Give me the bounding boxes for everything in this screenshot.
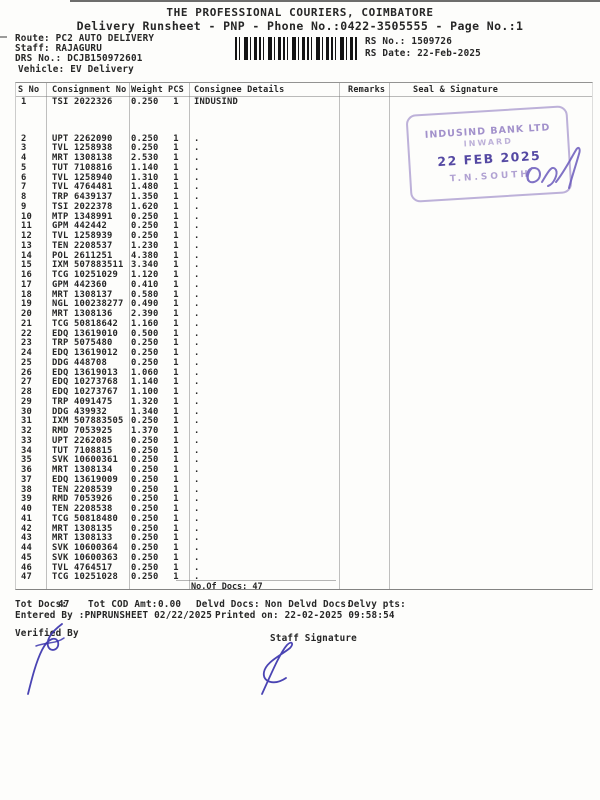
cell-sno: 12	[16, 231, 46, 241]
cell-weight: 1.320	[129, 397, 163, 407]
printed-on: Printed on: 22-02-2025 09:58:54	[215, 610, 395, 621]
cell-consignee: .	[189, 290, 339, 300]
cell-sno: 20	[16, 309, 46, 319]
cell-sno: 26	[16, 368, 46, 378]
cell-weight: 0.250	[129, 504, 163, 514]
cell-weight: 1.060	[129, 368, 163, 378]
cell-pcs: 1	[163, 514, 189, 524]
cell-sno: 19	[16, 299, 46, 309]
cell-sno: 7	[16, 182, 46, 192]
cell-sno: 10	[16, 212, 46, 222]
cell-sno: 17	[16, 280, 46, 290]
cell-consignee: .	[189, 143, 339, 153]
cell-consignee: .	[189, 358, 339, 368]
cell-sno: 35	[16, 455, 46, 465]
cell-weight: 1.100	[129, 387, 163, 397]
cell-pcs: 1	[163, 97, 189, 107]
table-row: 32 RMD 7053925 1.370 1 .	[16, 426, 592, 436]
cell-consignee: .	[189, 309, 339, 319]
cell-weight: 0.250	[129, 455, 163, 465]
cell-weight: 0.250	[129, 416, 163, 426]
cell-pcs: 1	[163, 348, 189, 358]
cell-consignee: .	[189, 329, 339, 339]
cell-consignment: RMD 7053925	[46, 426, 129, 436]
table-row: 45 SVK 10600363 0.250 1 .	[16, 553, 592, 563]
cell-weight: 1.350	[129, 192, 163, 202]
cell-sno: 2	[16, 134, 46, 144]
cell-pcs: 1	[163, 387, 189, 397]
cell-consignment: EDQ 13619013	[46, 368, 129, 378]
cell-weight: 0.250	[129, 533, 163, 543]
cell-consignee: .	[189, 338, 339, 348]
cell-sno: 9	[16, 202, 46, 212]
cell-sno: 42	[16, 524, 46, 534]
cell-sno: 33	[16, 436, 46, 446]
cell-consignment: EDQ 13619009	[46, 475, 129, 485]
cell-consignment: TVL 4764481	[46, 182, 129, 192]
cell-consignment: IXM 507883511	[46, 260, 129, 270]
runsheet-subtitle: Delivery Runsheet - PNP - Phone No.:0422…	[0, 19, 600, 33]
cell-consignee: .	[189, 524, 339, 534]
cell-pcs: 1	[163, 231, 189, 241]
cell-pcs: 1	[163, 543, 189, 553]
cell-consignment: TRP 5075480	[46, 338, 129, 348]
cell-consignment: DDG 448708	[46, 358, 129, 368]
table-row: 36 MRT 1308134 0.250 1 .	[16, 465, 592, 475]
cell-consignee: .	[189, 260, 339, 270]
cell-consignment: TRP 6439137	[46, 192, 129, 202]
cell-consignment: MRT 1308134	[46, 465, 129, 475]
cell-sno: 8	[16, 192, 46, 202]
cell-weight: 0.250	[129, 446, 163, 456]
cell-sno: 37	[16, 475, 46, 485]
cell-consignee: .	[189, 436, 339, 446]
cell-pcs: 1	[163, 192, 189, 202]
header-weight: Weight	[129, 85, 163, 95]
table-row: 34 TUT 7108815 0.250 1 .	[16, 446, 592, 456]
company-title: THE PROFESSIONAL COURIERS, COIMBATORE	[0, 6, 600, 19]
cell-sno: 39	[16, 494, 46, 504]
cell-sno: 25	[16, 358, 46, 368]
table-row: 29 TRP 4091475 1.320 1 .	[16, 397, 592, 407]
cell-weight: 1.340	[129, 407, 163, 417]
cell-pcs: 1	[163, 173, 189, 183]
cell-consignee: .	[189, 270, 339, 280]
verified-by-signature	[18, 620, 88, 698]
drs-no-field: DRS No.: DCJB150972601	[15, 53, 143, 64]
cell-weight: 0.580	[129, 290, 163, 300]
cell-weight: 1.230	[129, 241, 163, 251]
rs-date-value: 22-Feb-2025	[417, 48, 481, 59]
cell-consignment: TSI 2022326	[46, 97, 129, 107]
cell-sno: 34	[16, 446, 46, 456]
table-column-divider	[189, 83, 190, 589]
cell-pcs: 1	[163, 416, 189, 426]
table-row: 24 EDQ 13619012 0.250 1 .	[16, 348, 592, 358]
table-row: 22 EDQ 13619010 0.500 1 .	[16, 329, 592, 339]
cell-weight: 1.140	[129, 377, 163, 387]
cell-consignee: .	[189, 475, 339, 485]
header-consignment: Consignment No	[46, 85, 129, 95]
table-row: 20 MRT 1308136 2.390 1 .	[16, 309, 592, 319]
header-seal: Seal & Signature	[389, 85, 592, 95]
cell-sno: 43	[16, 533, 46, 543]
table-row: 26 EDQ 13619013 1.060 1 .	[16, 368, 592, 378]
cell-consignment: NGL 100238277	[46, 299, 129, 309]
cell-pcs: 1	[163, 524, 189, 534]
cell-consignment: TEN 2208539	[46, 485, 129, 495]
cell-sno: 40	[16, 504, 46, 514]
cell-consignee: .	[189, 387, 339, 397]
cell-consignment: TVL 1258938	[46, 143, 129, 153]
cell-sno: 14	[16, 251, 46, 261]
cell-sno: 3	[16, 143, 46, 153]
vehicle-label: Vehicle:	[18, 64, 64, 75]
cell-weight: 1.140	[129, 163, 163, 173]
cell-consignment: EDQ 13619010	[46, 329, 129, 339]
cell-consignee: .	[189, 280, 339, 290]
scan-edge-artifact	[70, 0, 600, 2]
table-row: 13 TEN 2208537 1.230 1 .	[16, 241, 592, 251]
cell-weight: 3.340	[129, 260, 163, 270]
cell-consignee: .	[189, 134, 339, 144]
table-column-divider	[389, 83, 390, 589]
cell-sno: 38	[16, 485, 46, 495]
cell-sno: 15	[16, 260, 46, 270]
cell-pcs: 1	[163, 455, 189, 465]
cell-sno: 27	[16, 377, 46, 387]
table-row: 44 SVK 10600364 0.250 1 .	[16, 543, 592, 553]
cell-consignment: TUT 7108816	[46, 163, 129, 173]
tot-docs-value: 47	[58, 599, 70, 610]
cell-consignee: .	[189, 397, 339, 407]
cell-consignee: .	[189, 192, 339, 202]
cell-weight: 4.380	[129, 251, 163, 261]
table-row: 39 RMD 7053926 0.250 1 .	[16, 495, 592, 505]
cell-consignment: MRT 1308136	[46, 309, 129, 319]
delvd-docs-label: Delvd Docs:	[196, 599, 260, 610]
cell-consignment: TEN 2208537	[46, 241, 129, 251]
cell-consignment: EDQ 13619012	[46, 348, 129, 358]
cell-sno: 23	[16, 338, 46, 348]
stamp-inward: INWARD	[463, 137, 513, 149]
cell-consignment: TVL 4764517	[46, 563, 129, 573]
cell-pcs: 1	[163, 221, 189, 231]
drs-no-value: DCJB150972601	[67, 53, 142, 64]
table-row: 42 MRT 1308135 0.250 1 .	[16, 524, 592, 534]
cell-consignee: .	[189, 212, 339, 222]
receiver-signature	[518, 140, 596, 206]
cell-weight: 0.490	[129, 299, 163, 309]
table-row: 23 TRP 5075480 0.250 1 .	[16, 339, 592, 349]
cell-pcs: 1	[163, 504, 189, 514]
cell-consignment: SVK 10600364	[46, 543, 129, 553]
table-row: 12 TVL 1258939 0.250 1 .	[16, 231, 592, 241]
table-row: 27 EDQ 10273768 1.140 1 .	[16, 378, 592, 388]
table-row: 14 POL 2611251 4.380 1 .	[16, 251, 592, 261]
cell-consignee: .	[189, 377, 339, 387]
cell-weight: 0.410	[129, 280, 163, 290]
cell-consignee: .	[189, 163, 339, 173]
cell-pcs: 1	[163, 397, 189, 407]
cell-consignee: .	[189, 563, 339, 573]
cell-consignment: IXM 507883505	[46, 416, 129, 426]
table-header-row: S No Consignment No Weight PCS Consignee…	[16, 83, 592, 97]
delvy-pts-label: Delvy pts:	[348, 599, 406, 610]
cell-weight: 0.250	[129, 348, 163, 358]
cell-consignee: .	[189, 504, 339, 514]
table-row: 46 TVL 4764517 0.250 1 .	[16, 563, 592, 573]
table-column-divider	[129, 83, 130, 589]
cell-pcs: 1	[163, 319, 189, 329]
cell-consignee: .	[189, 446, 339, 456]
rs-date-label: RS Date:	[365, 48, 411, 59]
cell-pcs: 1	[163, 280, 189, 290]
cell-weight: 0.250	[129, 97, 163, 107]
cell-consignment: UPT 2262085	[46, 436, 129, 446]
cell-consignee: .	[189, 368, 339, 378]
cell-consignment: TRP 4091475	[46, 397, 129, 407]
cell-weight: 0.250	[129, 465, 163, 475]
cell-consignee: .	[189, 485, 339, 495]
cell-consignment: TSI 2022378	[46, 202, 129, 212]
cell-sno: 47	[16, 572, 46, 582]
cell-consignment: GPM 442360	[46, 280, 129, 290]
cell-pcs: 1	[163, 368, 189, 378]
vehicle-value: EV Delivery	[70, 64, 134, 75]
cell-consignment: TVL 1258939	[46, 231, 129, 241]
cell-sno: 31	[16, 416, 46, 426]
cell-pcs: 1	[163, 494, 189, 504]
cell-sno: 11	[16, 221, 46, 231]
table-row: 9 TSI 2022378 1.620 1 .	[16, 202, 592, 212]
cell-consignee: .	[189, 348, 339, 358]
cell-consignee: .	[189, 553, 339, 563]
table-row: 19 NGL 100238277 0.490 1 .	[16, 300, 592, 310]
cell-weight: 1.160	[129, 319, 163, 329]
cell-consignment: POL 2611251	[46, 251, 129, 261]
staff-signature	[252, 638, 322, 696]
cell-sno: 45	[16, 553, 46, 563]
cell-consignee: .	[189, 221, 339, 231]
cell-weight: 0.250	[129, 563, 163, 573]
header-remarks: Remarks	[339, 85, 389, 95]
table-row: 37 EDQ 13619009 0.250 1 .	[16, 475, 592, 485]
cell-weight: 0.250	[129, 494, 163, 504]
cell-consignee: .	[189, 455, 339, 465]
cell-sno: 28	[16, 387, 46, 397]
cell-weight: 0.250	[129, 358, 163, 368]
cell-consignee: .	[189, 465, 339, 475]
cell-consignee: .	[189, 241, 339, 251]
cell-weight: 1.620	[129, 202, 163, 212]
cell-weight: 1.370	[129, 426, 163, 436]
cell-consignee: INDUSIND	[189, 97, 339, 107]
cell-pcs: 1	[163, 241, 189, 251]
cell-sno: 16	[16, 270, 46, 280]
cell-consignment: SVK 10600361	[46, 455, 129, 465]
cell-pcs: 1	[163, 143, 189, 153]
cell-weight: 2.390	[129, 309, 163, 319]
cell-consignee: .	[189, 231, 339, 241]
cell-pcs: 1	[163, 251, 189, 261]
table-row: 21 TCG 50818642 1.160 1 .	[16, 319, 592, 329]
cell-consignment: TEN 2208538	[46, 504, 129, 514]
rs-date-field: RS Date: 22-Feb-2025	[365, 48, 481, 59]
cell-pcs: 1	[163, 426, 189, 436]
table-row: 30 DDG 439932 1.340 1 .	[16, 407, 592, 417]
cell-sno: 4	[16, 153, 46, 163]
cell-consignee: .	[189, 543, 339, 553]
cell-consignee: .	[189, 407, 339, 417]
cell-pcs: 1	[163, 338, 189, 348]
header-sno: S No	[16, 85, 46, 95]
cell-consignment: MRT 1308138	[46, 153, 129, 163]
cell-pcs: 1	[163, 553, 189, 563]
cell-weight: 0.500	[129, 329, 163, 339]
cell-sno: 1	[16, 97, 46, 107]
cell-sno: 30	[16, 407, 46, 417]
table-row: 18 MRT 1308137 0.580 1 .	[16, 290, 592, 300]
cell-weight: 0.250	[129, 553, 163, 563]
cell-sno: 22	[16, 329, 46, 339]
cell-weight: 0.250	[129, 221, 163, 231]
cell-consignment: MTP 1348991	[46, 212, 129, 222]
no-of-docs: No.Of Docs: 47	[176, 580, 336, 592]
cell-pcs: 1	[163, 329, 189, 339]
cell-consignment: UPT 2262090	[46, 134, 129, 144]
table-row: 40 TEN 2208538 0.250 1 .	[16, 504, 592, 514]
cell-weight: 0.250	[129, 436, 163, 446]
table-row: 33 UPT 2262085 0.250 1 .	[16, 436, 592, 446]
rs-no-label: RS No.:	[365, 36, 406, 47]
cell-pcs: 1	[163, 270, 189, 280]
cell-sno: 29	[16, 397, 46, 407]
table-row: 28 EDQ 10273767 1.100 1 .	[16, 387, 592, 397]
cell-pcs: 1	[163, 299, 189, 309]
cell-pcs: 1	[163, 533, 189, 543]
cell-pcs: 1	[163, 377, 189, 387]
cell-sno: 41	[16, 514, 46, 524]
cell-weight: 0.250	[129, 134, 163, 144]
cell-pcs: 1	[163, 309, 189, 319]
cell-consignee: .	[189, 251, 339, 261]
cell-weight: 1.120	[129, 270, 163, 280]
cell-sno: 5	[16, 163, 46, 173]
table-column-divider	[339, 83, 340, 589]
table-row: 41 TCG 50818480 0.250 1 .	[16, 514, 592, 524]
header-consignee: Consignee Details	[189, 85, 339, 95]
cell-sno: 24	[16, 348, 46, 358]
cell-consignment: EDQ 10273767	[46, 387, 129, 397]
cell-consignee: .	[189, 494, 339, 504]
cell-pcs: 1	[163, 358, 189, 368]
table-row: 10 MTP 1348991 0.250 1 .	[16, 212, 592, 222]
cod-amt-label: Tot COD Amt:	[88, 599, 158, 610]
cell-pcs: 1	[163, 475, 189, 485]
cell-consignment: TCG 10251028	[46, 572, 129, 582]
vehicle-field: Vehicle: EV Delivery	[18, 64, 134, 75]
cell-sno: 44	[16, 543, 46, 553]
cell-consignee: .	[189, 173, 339, 183]
header-pcs: PCS	[163, 85, 189, 95]
cell-weight: 0.250	[129, 514, 163, 524]
cell-sno: 32	[16, 426, 46, 436]
cell-consignment: TCG 10251029	[46, 270, 129, 280]
cell-consignee: .	[189, 299, 339, 309]
cell-pcs: 1	[163, 436, 189, 446]
cell-pcs: 1	[163, 153, 189, 163]
cell-pcs: 1	[163, 182, 189, 192]
cell-consignment: MRT 1308133	[46, 533, 129, 543]
cell-consignee: .	[189, 182, 339, 192]
rs-no-field: RS No.: 1509726	[365, 36, 452, 47]
cell-sno: 6	[16, 173, 46, 183]
cell-sno: 18	[16, 290, 46, 300]
cell-consignee: .	[189, 416, 339, 426]
table-row: 35 SVK 10600361 0.250 1 .	[16, 456, 592, 466]
cell-weight: 0.250	[129, 475, 163, 485]
cell-consignment: MRT 1308137	[46, 290, 129, 300]
cell-consignment: TUT 7108815	[46, 446, 129, 456]
table-row: 43 MRT 1308133 0.250 1 .	[16, 534, 592, 544]
table-column-divider	[46, 83, 47, 589]
cell-weight: 1.310	[129, 173, 163, 183]
cell-weight: 0.250	[129, 212, 163, 222]
cell-consignment: TCG 50818642	[46, 319, 129, 329]
cell-consignment: GPM 442442	[46, 221, 129, 231]
cell-weight: 0.250	[129, 543, 163, 553]
cell-sno: 21	[16, 319, 46, 329]
cell-sno: 46	[16, 563, 46, 573]
cell-sno: 36	[16, 465, 46, 475]
cell-weight: 0.250	[129, 338, 163, 348]
cell-consignment: DDG 439932	[46, 407, 129, 417]
cod-amt-value: 0.00	[158, 599, 181, 610]
table-row: 17 GPM 442360 0.410 1 .	[16, 280, 592, 290]
cell-pcs: 1	[163, 212, 189, 222]
cell-consignee: .	[189, 153, 339, 163]
cell-weight: 0.250	[129, 231, 163, 241]
rs-no-value: 1509726	[411, 36, 452, 47]
cell-consignee: .	[189, 514, 339, 524]
cell-consignee: .	[189, 319, 339, 329]
barcode-image	[235, 37, 357, 60]
cell-weight: 0.250	[129, 524, 163, 534]
table-row: 31 IXM 507883505 0.250 1 .	[16, 417, 592, 427]
cell-weight: 1.480	[129, 182, 163, 192]
cell-pcs: 1	[163, 563, 189, 573]
runsheet-document: THE PROFESSIONAL COURIERS, COIMBATORE De…	[0, 0, 600, 800]
table-row: 25 DDG 448708 0.250 1 .	[16, 358, 592, 368]
cell-weight: 0.250	[129, 143, 163, 153]
cell-pcs: 1	[163, 202, 189, 212]
cell-sno: 13	[16, 241, 46, 251]
cell-consignee: .	[189, 202, 339, 212]
drs-no-label: DRS No.:	[15, 53, 61, 64]
cell-consignment: TVL 1258940	[46, 173, 129, 183]
cell-consignment: MRT 1308135	[46, 524, 129, 534]
table-row: 16 TCG 10251029 1.120 1 .	[16, 270, 592, 280]
table-row: 15 IXM 507883511 3.340 1 .	[16, 261, 592, 271]
table-row: 1 TSI 2022326 0.250 1 INDUSIND	[16, 97, 592, 107]
cell-pcs: 1	[163, 485, 189, 495]
cell-consignment: EDQ 10273768	[46, 377, 129, 387]
cell-pcs: 1	[163, 134, 189, 144]
non-delvd-docs-label: Non Delvd Docs:	[265, 599, 352, 610]
table-row: 11 GPM 442442 0.250 1 .	[16, 222, 592, 232]
cell-weight: 0.250	[129, 485, 163, 495]
